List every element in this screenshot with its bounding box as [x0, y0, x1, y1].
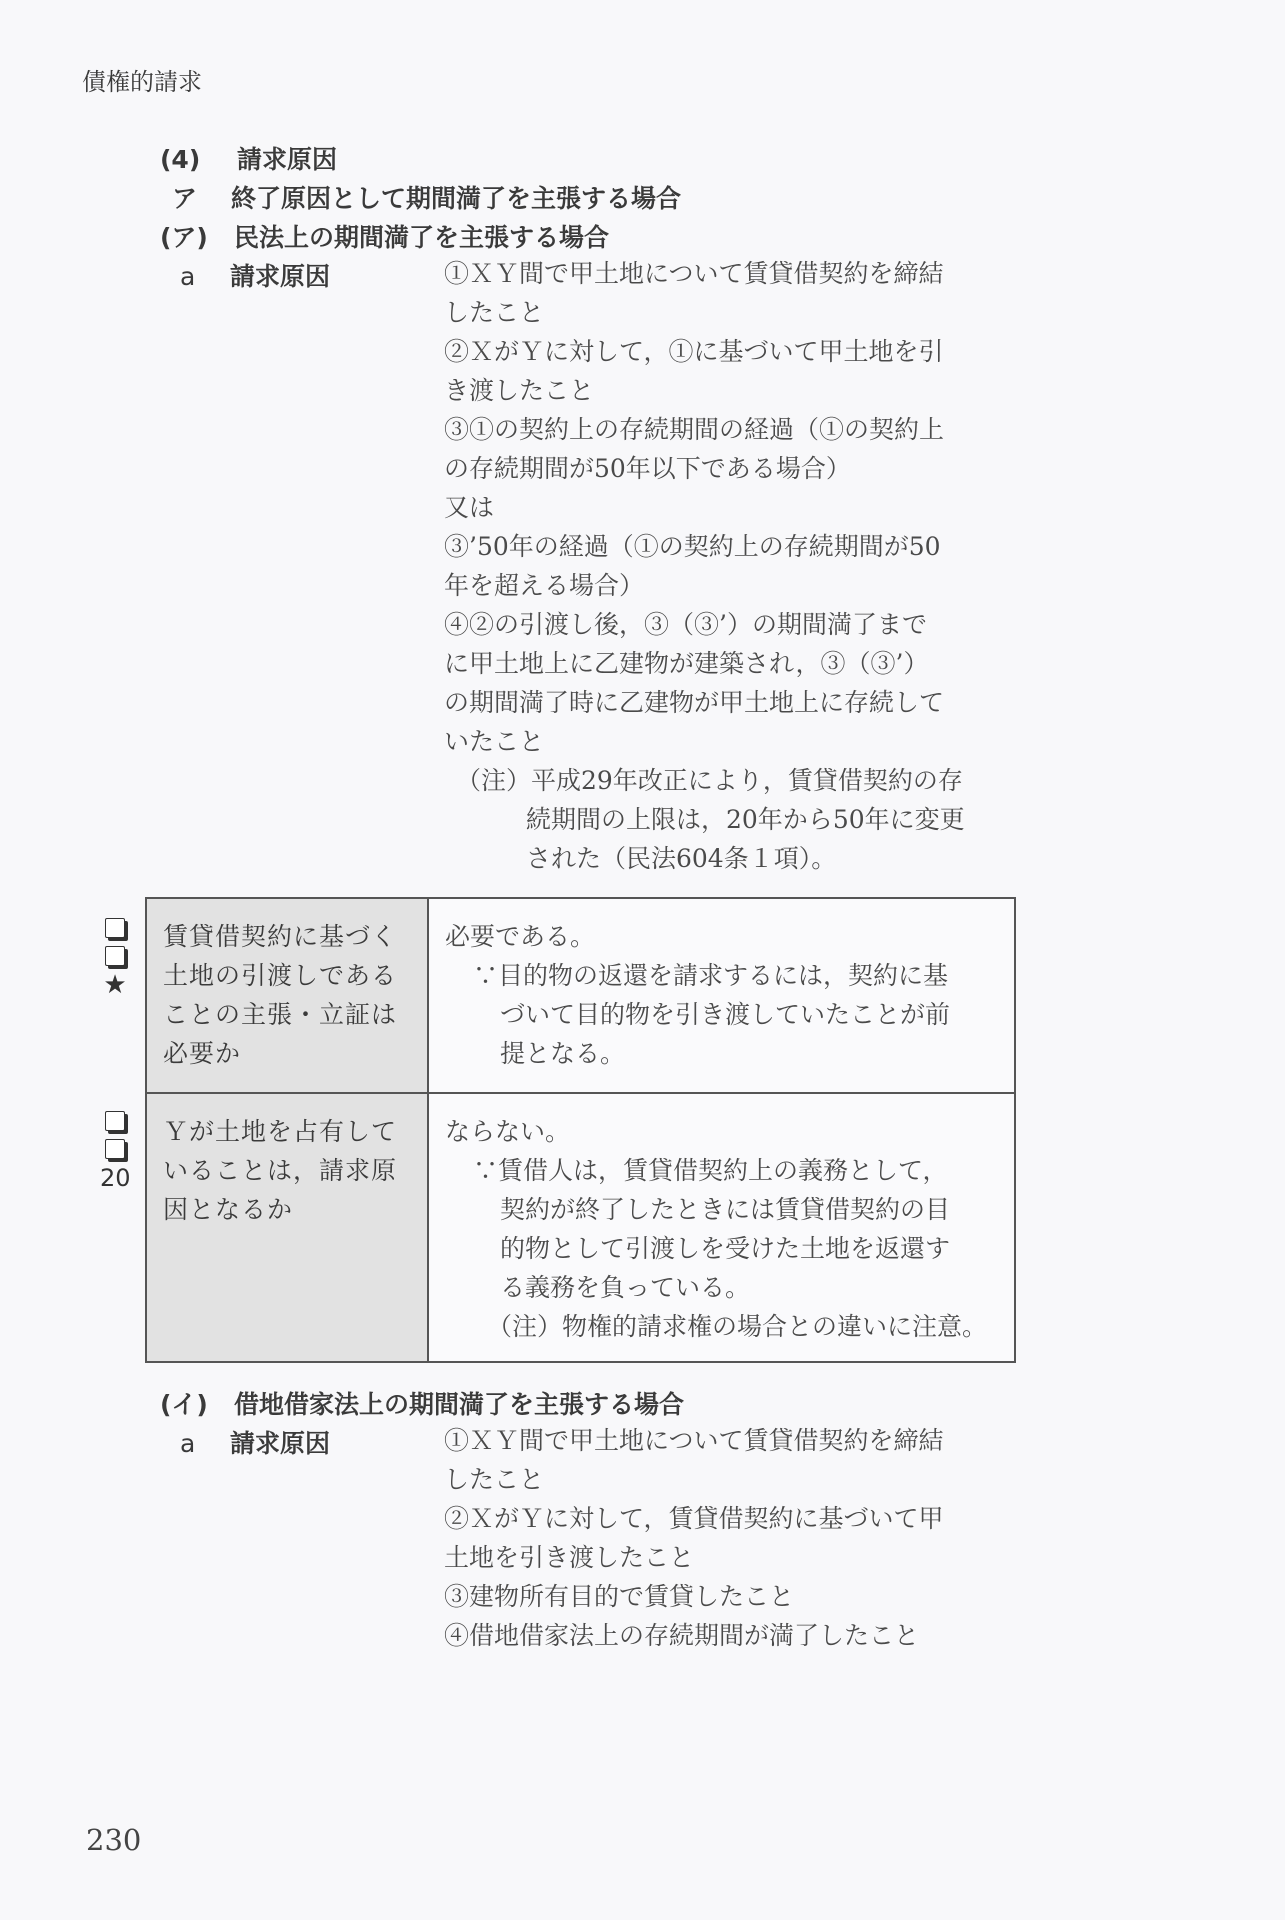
section-heading-aa: (ア)民法上の期間満了を主張する場合	[160, 218, 609, 254]
section-heading-a: ア終了原因として期間満了を主張する場合	[172, 179, 681, 215]
claim-elements-1: ①ＸＹ間で甲土地について賃貸借契約を締結 したこと ②ＸがＹに対して，①に基づい…	[444, 254, 1004, 761]
reason-line: 提となる。	[445, 1034, 1014, 1073]
section-marker: (4)	[160, 145, 237, 174]
side-marks-row2: 20	[100, 1111, 130, 1191]
claim-line: ②ＸがＹに対して，①に基づいて甲土地を引	[444, 332, 1004, 371]
checkbox-icon[interactable]	[105, 918, 125, 938]
question-line: 賃貸借契約に基づく	[163, 917, 427, 956]
note-line: された（民法604条１項）。	[456, 839, 965, 878]
note-line: （注）平成29年改正により，賃貸借契約の存	[456, 761, 965, 800]
claim-line: したこと	[444, 293, 1004, 332]
claim-label-2: a請求原因	[180, 1424, 330, 1460]
section-marker: ア	[172, 179, 231, 215]
claim-line: の期間満了時に乙建物が甲土地上に存続して	[444, 683, 1004, 722]
section-title: 請求原因	[237, 145, 337, 174]
checkbox-icon[interactable]	[105, 1139, 125, 1159]
checkbox-icon[interactable]	[105, 946, 125, 966]
reason-line: ∵目的物の返還を請求するには，契約に基	[445, 956, 1014, 995]
reason-line: ∵賃借人は，賃貸借契約上の義務として，	[445, 1151, 1014, 1190]
claim-line: に甲土地上に乙建物が建築され，③（③’）	[444, 644, 1004, 683]
note-line: 続期間の上限は，20年から50年に変更	[456, 800, 965, 839]
section-heading-i: (イ)借地借家法上の期間満了を主張する場合	[160, 1385, 684, 1421]
claim-label: a請求原因	[180, 257, 330, 293]
qa-row: Ｙが土地を占有して いることは，請求原 因となるか ならない。 ∵賃借人は，賃貸…	[147, 1094, 1014, 1361]
question-line: 必要か	[163, 1034, 427, 1073]
section-title: 民法上の期間満了を主張する場合	[234, 223, 609, 252]
claim-line: き渡したこと	[444, 371, 1004, 410]
reason-line: 的物として引渡しを受けた土地を返還す	[445, 1229, 1014, 1268]
claim-line: ①ＸＹ間で甲土地について賃貸借契約を締結	[444, 1421, 1004, 1460]
claim-line: いたこと	[444, 722, 1004, 761]
claim-line: 年を超える場合）	[444, 566, 1004, 605]
section-title: 終了原因として期間満了を主張する場合	[231, 184, 681, 213]
page-number: 230	[86, 1823, 141, 1857]
answer-note: （注）物権的請求権の場合との違いに注意。	[445, 1307, 1014, 1346]
claim-line: ③建物所有目的で賃貸したこと	[444, 1577, 1004, 1616]
section-marker: (ア)	[160, 218, 234, 254]
side-marks-row1: ★	[100, 918, 130, 998]
reason-line: る義務を負っている。	[445, 1268, 1014, 1307]
claim-line: ③①の契約上の存続期間の経過（①の契約上	[444, 410, 1004, 449]
qa-answer: ならない。 ∵賃借人は，賃貸借契約上の義務として， 契約が終了したときには賃貸借…	[429, 1094, 1014, 1361]
star-icon: ★	[100, 972, 130, 998]
claim-line: したこと	[444, 1460, 1004, 1499]
claim-elements-2: ①ＸＹ間で甲土地について賃貸借契約を締結 したこと ②ＸがＹに対して，賃貸借契約…	[444, 1421, 1004, 1655]
qa-question: 賃貸借契約に基づく 土地の引渡しである ことの主張・立証は 必要か	[147, 899, 429, 1092]
answer-line: ならない。	[445, 1112, 1014, 1151]
claim-label-text: 請求原因	[230, 1429, 330, 1458]
claim-line: ④借地借家法上の存続期間が満了したこと	[444, 1616, 1004, 1655]
section-heading-4: (4)請求原因	[160, 140, 337, 176]
qa-answer: 必要である。 ∵目的物の返還を請求するには，契約に基 づいて目的物を引き渡してい…	[429, 899, 1014, 1092]
reason-line: 契約が終了したときには賃貸借契約の目	[445, 1190, 1014, 1229]
qa-question: Ｙが土地を占有して いることは，請求原 因となるか	[147, 1094, 429, 1361]
claim-line: 土地を引き渡したこと	[444, 1538, 1004, 1577]
answer-line: 必要である。	[445, 917, 1014, 956]
claim-line: ②ＸがＹに対して，賃貸借契約に基づいて甲	[444, 1499, 1004, 1538]
question-line: 因となるか	[163, 1190, 427, 1229]
reason-line: づいて目的物を引き渡していたことが前	[445, 995, 1014, 1034]
claim-label-marker: a	[180, 1429, 230, 1458]
checkbox-icon[interactable]	[105, 1111, 125, 1131]
claim-line: ④②の引渡し後，③（③’）の期間満了まで	[444, 605, 1004, 644]
importance-rank: 20	[100, 1165, 130, 1191]
claim-line: の存続期間が50年以下である場合）	[444, 449, 1004, 488]
section-title: 借地借家法上の期間満了を主張する場合	[234, 1390, 684, 1419]
claim-line: ③’50年の経過（①の契約上の存続期間が50	[444, 527, 1004, 566]
claim-line: ①ＸＹ間で甲土地について賃貸借契約を締結	[444, 254, 1004, 293]
running-head: 債権的請求	[82, 62, 202, 97]
qa-row: 賃貸借契約に基づく 土地の引渡しである ことの主張・立証は 必要か 必要である。…	[147, 899, 1014, 1094]
question-line: 土地の引渡しである	[163, 956, 427, 995]
revision-note: （注）平成29年改正により，賃貸借契約の存 続期間の上限は，20年から50年に変…	[456, 761, 965, 878]
claim-label-marker: a	[180, 262, 230, 291]
claim-label-text: 請求原因	[230, 262, 330, 291]
question-line: ことの主張・立証は	[163, 995, 427, 1034]
claim-line: 又は	[444, 488, 1004, 527]
section-marker: (イ)	[160, 1385, 234, 1421]
question-line: いることは，請求原	[163, 1151, 427, 1190]
qa-table: 賃貸借契約に基づく 土地の引渡しである ことの主張・立証は 必要か 必要である。…	[145, 897, 1016, 1363]
question-line: Ｙが土地を占有して	[163, 1112, 427, 1151]
